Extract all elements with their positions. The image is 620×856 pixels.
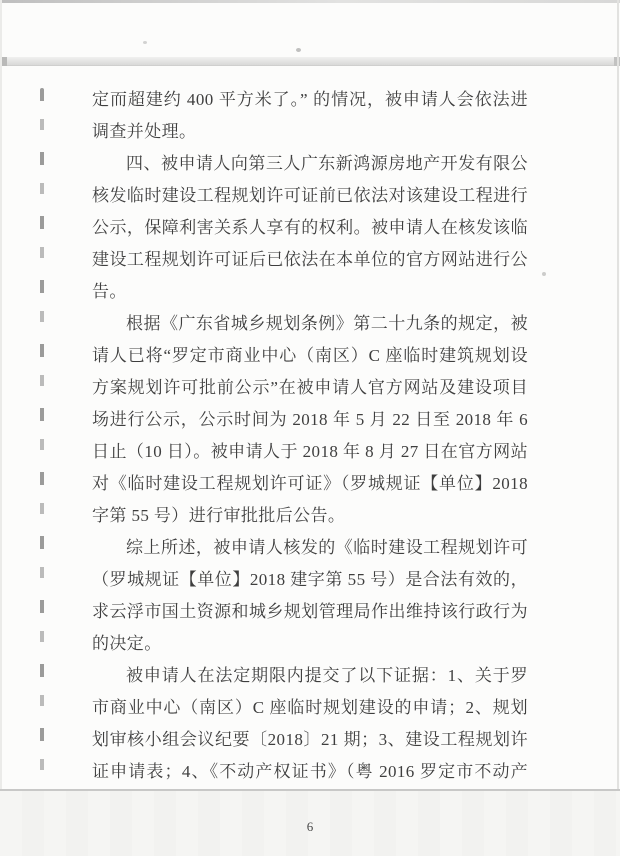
scan-speck [542,272,546,276]
text-line: 的决定。 [92,628,528,660]
text-line: 求云浮市国土资源和城乡规划管理局作出维持该行政行为 [92,596,528,628]
scan-artifact-binding-marks [40,88,44,788]
text-line: 告。 [92,276,528,308]
text-line: 场进行公示，公示时间为 2018 年 5 月 22 日至 2018 年 6 月 … [92,404,528,436]
text-line: 综上所述，被申请人核发的《临时建设工程规划许可证》 [92,532,528,564]
scan-speck [296,48,301,52]
scan-speck [143,41,147,44]
text-line: 根据《广东省城乡规划条例》第二十九条的规定，被申 [92,308,528,340]
text-line: 建设工程规划许可证后已依法在本单位的官方网站进行公 [92,244,528,276]
scanned-document-page: 定而超建约 400 平方米了。” 的情况，被申请人会依法进行调查并处理。四、被申… [0,0,620,856]
scan-artifact-top-stripe [0,57,620,66]
scan-artifact-top-edge [0,0,620,3]
text-line: 字第 55 号）进行审批批后公告。 [92,500,528,532]
text-line: （罗城规证【单位】2018 建字第 55 号）是合法有效的，请 [92,564,528,596]
text-line: 划审核小组会议纪要〔2018〕21 期；3、建设工程规划许可 [92,724,528,756]
text-line: 定而超建约 400 平方米了。” 的情况，被申请人会依法进行 [92,84,528,116]
scan-artifact-left-edge [0,0,2,856]
page-number: 6 [0,819,620,835]
text-line: 被申请人在法定期限内提交了以下证据：1、关于罗定 [92,660,528,692]
text-line: 对《临时建设工程规划许可证》（罗城规证【单位】2018 建 [92,468,528,500]
text-line: 四、被申请人向第三人广东新鸿源房地产开发有限公司 [92,148,528,180]
text-line: 方案规划许可批前公示”在被申请人官方网站及建设项目现 [92,372,528,404]
document-body: 定而超建约 400 平方米了。” 的情况，被申请人会依法进行调查并处理。四、被申… [92,84,528,788]
text-line: 公示，保障利害关系人享有的权利。被申请人在核发该临时 [92,212,528,244]
scan-artifact-right-edge [617,0,619,856]
text-line: 市商业中心（南区）C 座临时规划建设的申请；2、规划局规 [92,692,528,724]
text-line: 日止（10 日）。被申请人于 2018 年 8 月 27 日在官方网站上 [92,436,528,468]
text-line: 核发临时建设工程规划许可证前已依法对该建设工程进行 [92,180,528,212]
text-line: 调查并处理。 [92,116,528,148]
text-line: 证申请表；4、《不动产权证书》（粤 2016 罗定市不动产权 [92,756,528,788]
text-line: 请人已将“罗定市商业中心（南区）C 座临时建筑规划设计 [92,340,528,372]
